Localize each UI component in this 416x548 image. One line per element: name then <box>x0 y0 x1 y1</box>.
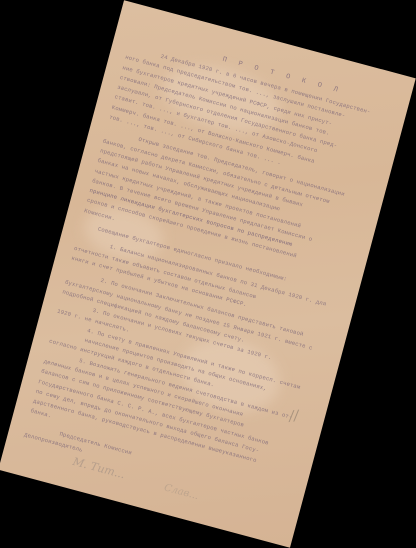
document-sheet: П Р О Т О К О Л 24 Декабря 1920 г. в 6 ч… <box>0 0 416 548</box>
pencil-margin-mark: // <box>288 408 299 425</box>
photo-background: П Р О Т О К О Л 24 Декабря 1920 г. в 6 ч… <box>0 0 416 548</box>
